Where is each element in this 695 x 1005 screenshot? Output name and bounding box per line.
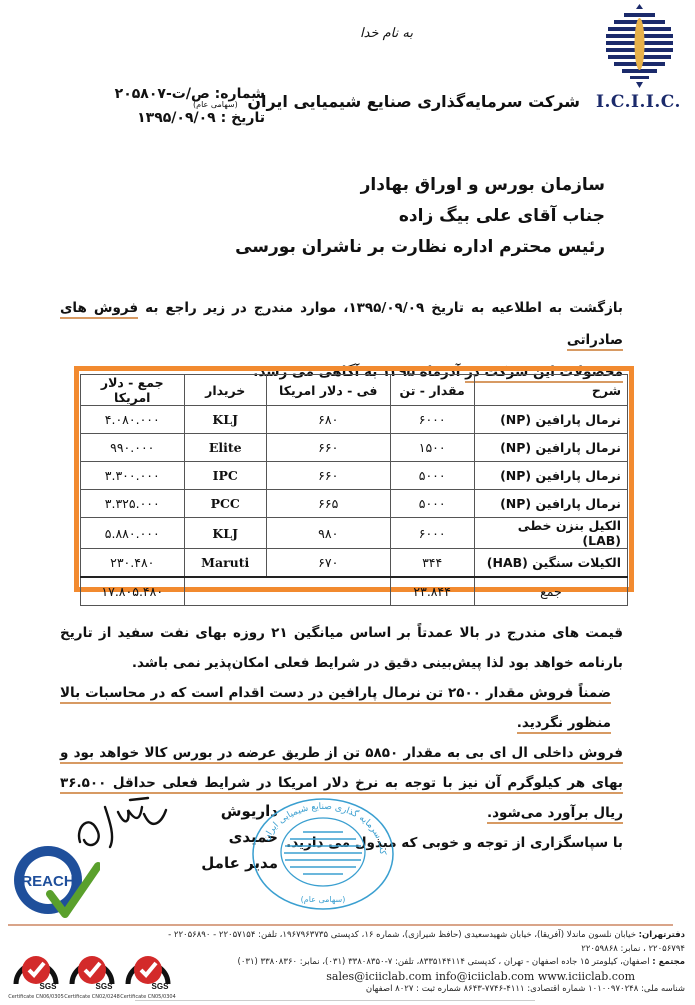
svg-text:(سهامی عام): (سهامی عام) xyxy=(301,895,346,904)
export-sales-table-frame: شرح مقدار - تن فی - دلار امریکا خریدار ج… xyxy=(74,366,634,592)
cell-description: نرمال پارافین (NP) xyxy=(474,490,627,518)
cell-unit-price: ۶۶۰ xyxy=(266,462,390,490)
footer-complex: مجتمع : اصفهان، کیلومتر ۱۵ جاده اصفهان -… xyxy=(165,956,685,970)
table-row: نرمال پارافین (NP) ۱۵۰۰ ۶۶۰ Elite ۹۹۰.۰۰… xyxy=(81,434,628,462)
sgs-cert-icon: SGS xyxy=(12,944,60,990)
footer-tehran-office: دفترتهران: خیابان نلسون ماندلا (آفریقا)،… xyxy=(165,929,685,956)
cell-unit-price: ۶۸۰ xyxy=(266,406,390,434)
cell-unit-price: ۶۷۰ xyxy=(266,549,390,578)
addressee-person: جناب آقای علی بیگ زاده xyxy=(235,201,605,232)
cell-description: نرمال پارافین (NP) xyxy=(474,462,627,490)
cell-total: ۴.۰۸۰.۰۰۰ xyxy=(81,406,185,434)
letter-meta: شماره: ص/ت-۲۰۵۸۰۷ تاریخ : ۱۳۹۵/۰۹/۰۹ xyxy=(95,82,265,130)
letter-number: شماره: ص/ت-۲۰۵۸۰۷ xyxy=(95,82,265,106)
footer-web-links: sales@iciiclab.com info@iciiclab.com www… xyxy=(165,970,685,984)
footer-ids: شناسه ملی: ۱۰۱۰۰۹۷۰۲۴۸ شماره اقتصادی: ۴۱… xyxy=(165,983,685,997)
cell-buyer: PCC xyxy=(184,490,266,518)
col-buyer: خریدار xyxy=(184,375,266,406)
sgs-cert-icon: SGS xyxy=(68,944,116,990)
col-unit-price: فی - دلار امریکا xyxy=(266,375,390,406)
intro-text-1: بازگشت به اطلاعیه به تاریخ ۱۳۹۵/۰۹/۰۹، م… xyxy=(138,300,623,316)
table-row: نرمال پارافین (NP) ۶۰۰۰ ۶۸۰ KLJ ۴.۰۸۰.۰۰… xyxy=(81,406,628,434)
icic-logo-icon xyxy=(602,4,677,89)
reach-badge-icon: REACH xyxy=(10,838,100,920)
table-row: الکیل بنزن خطی (LAB) ۶۰۰۰ ۹۸۰ KLJ ۵.۸۸۰.… xyxy=(81,518,628,549)
bismillah: به نام خدا xyxy=(360,26,413,41)
addressee-title: رئیس محترم اداره نظارت بر ناشران بورسی xyxy=(235,232,605,263)
cell-unit-price: ۹۸۰ xyxy=(266,518,390,549)
col-description: شرح xyxy=(474,375,627,406)
cell-buyer: Elite xyxy=(184,434,266,462)
company-logo: I.C.I.I.C. xyxy=(592,4,692,114)
cell-buyer: KLJ xyxy=(184,406,266,434)
addressee: سازمان بورس و اوراق بهادار جناب آقای علی… xyxy=(235,170,605,263)
cell-buyer: KLJ xyxy=(184,518,266,549)
cell-quantity: ۱۵۰۰ xyxy=(390,434,474,462)
company-stamp-icon: شرکت سرمایه گذاری صنایع شیمیایی ایران (س… xyxy=(248,796,398,912)
logo-text: I.C.I.I.C. xyxy=(596,92,681,112)
complex-label: مجتمع : xyxy=(652,957,685,967)
cell-quantity: ۶۰۰۰ xyxy=(390,518,474,549)
footer-divider xyxy=(8,924,673,926)
export-sales-table: شرح مقدار - تن فی - دلار امریکا خریدار ج… xyxy=(80,374,628,606)
cell-buyer: Maruti xyxy=(184,549,266,578)
body-paragraph-pending-sale: ضمناً فروش مقدار ۲۵۰۰ تن نرمال پارافین د… xyxy=(60,685,611,734)
cell-description: نرمال پارافین (NP) xyxy=(474,406,627,434)
sgs-iso14001-badge: SGS Certificate CN02/0248 xyxy=(68,944,116,998)
sgs-iso9001-badge: SGS Certificate CN06/0305 xyxy=(12,944,60,998)
total-quantity: ۲۳.۸۴۴ xyxy=(390,577,474,606)
svg-text:SGS: SGS xyxy=(40,982,58,990)
cell-quantity: ۶۰۰۰ xyxy=(390,406,474,434)
body-paragraph-pricing: قیمت های مندرج در بالا عمدتاً بر اساس می… xyxy=(60,618,623,678)
addressee-org: سازمان بورس و اوراق بهادار xyxy=(235,170,605,201)
svg-text:SGS: SGS xyxy=(152,982,170,990)
total-amount: ۱۷.۸۰۵.۴۸۰ xyxy=(81,577,185,606)
letter-date: تاریخ : ۱۳۹۵/۰۹/۰۹ xyxy=(95,106,265,130)
table-row: نرمال پارافین (NP) ۵۰۰۰ ۶۶۰ IPC ۳.۳۰۰.۰۰… xyxy=(81,462,628,490)
cell-total: ۲۳۰.۴۸۰ xyxy=(81,549,185,578)
table-header-row: شرح مقدار - تن فی - دلار امریکا خریدار ج… xyxy=(81,375,628,406)
footer-contact: دفترتهران: خیابان نلسون ماندلا (آفریقا)،… xyxy=(165,929,685,997)
cell-total: ۵.۸۸۰.۰۰۰ xyxy=(81,518,185,549)
total-label: جمع xyxy=(474,577,627,606)
sgs-ohsas18001-badge: SGS Certificate CN05/0304 xyxy=(124,944,172,998)
col-quantity: مقدار - تن xyxy=(390,375,474,406)
cell-quantity: ۳۴۴ xyxy=(390,549,474,578)
cell-description: الکیلات سنگین (HAB) xyxy=(474,549,627,578)
company-name-text: شرکت سرمایه‌گذاری صنایع شیمیایی ایران xyxy=(247,92,580,111)
cell-description: نرمال پارافین (NP) xyxy=(474,434,627,462)
tehran-office-label: دفترتهران: xyxy=(639,930,685,940)
cell-unit-price: ۶۶۵ xyxy=(266,490,390,518)
cell-total: ۹۹۰.۰۰۰ xyxy=(81,434,185,462)
footer-bottom-divider xyxy=(135,1000,535,1001)
svg-text:REACH: REACH xyxy=(21,873,74,890)
cell-quantity: ۵۰۰۰ xyxy=(390,462,474,490)
table-total-row: جمع ۲۳.۸۴۴ ۱۷.۸۰۵.۴۸۰ xyxy=(81,577,628,606)
cell-buyer: IPC xyxy=(184,462,266,490)
reach-compliant-badge: REACH xyxy=(10,838,100,920)
cell-total: ۳.۳۲۵.۰۰۰ xyxy=(81,490,185,518)
cell-description: الکیل بنزن خطی (LAB) xyxy=(474,518,627,549)
sgs-cert-icon: SGS xyxy=(124,944,172,990)
svg-text:SGS: SGS xyxy=(96,982,114,990)
table-row: الکیلات سنگین (HAB) ۳۴۴ ۶۷۰ Maruti ۲۳۰.۴… xyxy=(81,549,628,578)
cell-quantity: ۵۰۰۰ xyxy=(390,490,474,518)
table-row: نرمال پارافین (NP) ۵۰۰۰ ۶۶۵ PCC ۳.۳۲۵.۰۰… xyxy=(81,490,628,518)
col-total: جمع - دلار امریکا xyxy=(81,375,185,406)
cell-total: ۳.۳۰۰.۰۰۰ xyxy=(81,462,185,490)
total-empty-cell xyxy=(184,577,390,606)
cell-unit-price: ۶۶۰ xyxy=(266,434,390,462)
